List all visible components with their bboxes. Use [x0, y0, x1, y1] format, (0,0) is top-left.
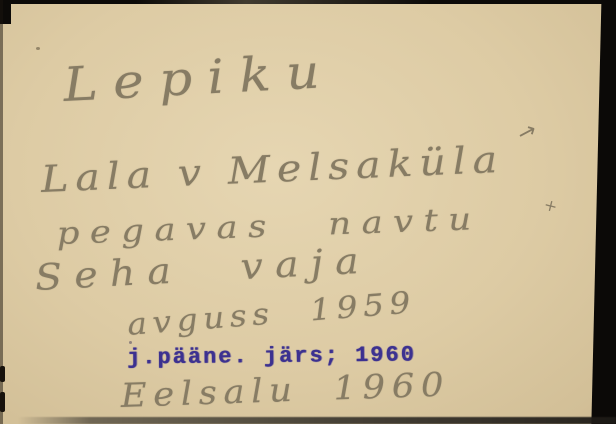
handwritten-line-date: avguss 1959	[126, 285, 417, 343]
scan-edge-top	[0, 0, 616, 4]
archive-card-scan: Lepiku → Lala v Melsaküla + pegavas navt…	[0, 0, 616, 424]
handwritten-line-title: Lepiku	[62, 44, 336, 113]
handwritten-line-3: pegavas navtu	[56, 201, 482, 252]
scan-edge-right	[588, 0, 616, 424]
handwritten-line-place: Lala v Melsaküla	[40, 138, 505, 201]
scan-edge-left-dash	[0, 366, 5, 382]
arrow-mark-icon: →	[513, 117, 541, 148]
scan-edge-bottom	[18, 417, 616, 424]
paper-speck	[36, 47, 40, 50]
paper-speck	[129, 341, 132, 344]
signature-line: Eelsalu 1960	[120, 365, 451, 415]
cross-mark-icon: +	[542, 195, 560, 217]
scan-edge-left	[0, 0, 3, 424]
scan-edge-left-dash	[0, 392, 5, 412]
